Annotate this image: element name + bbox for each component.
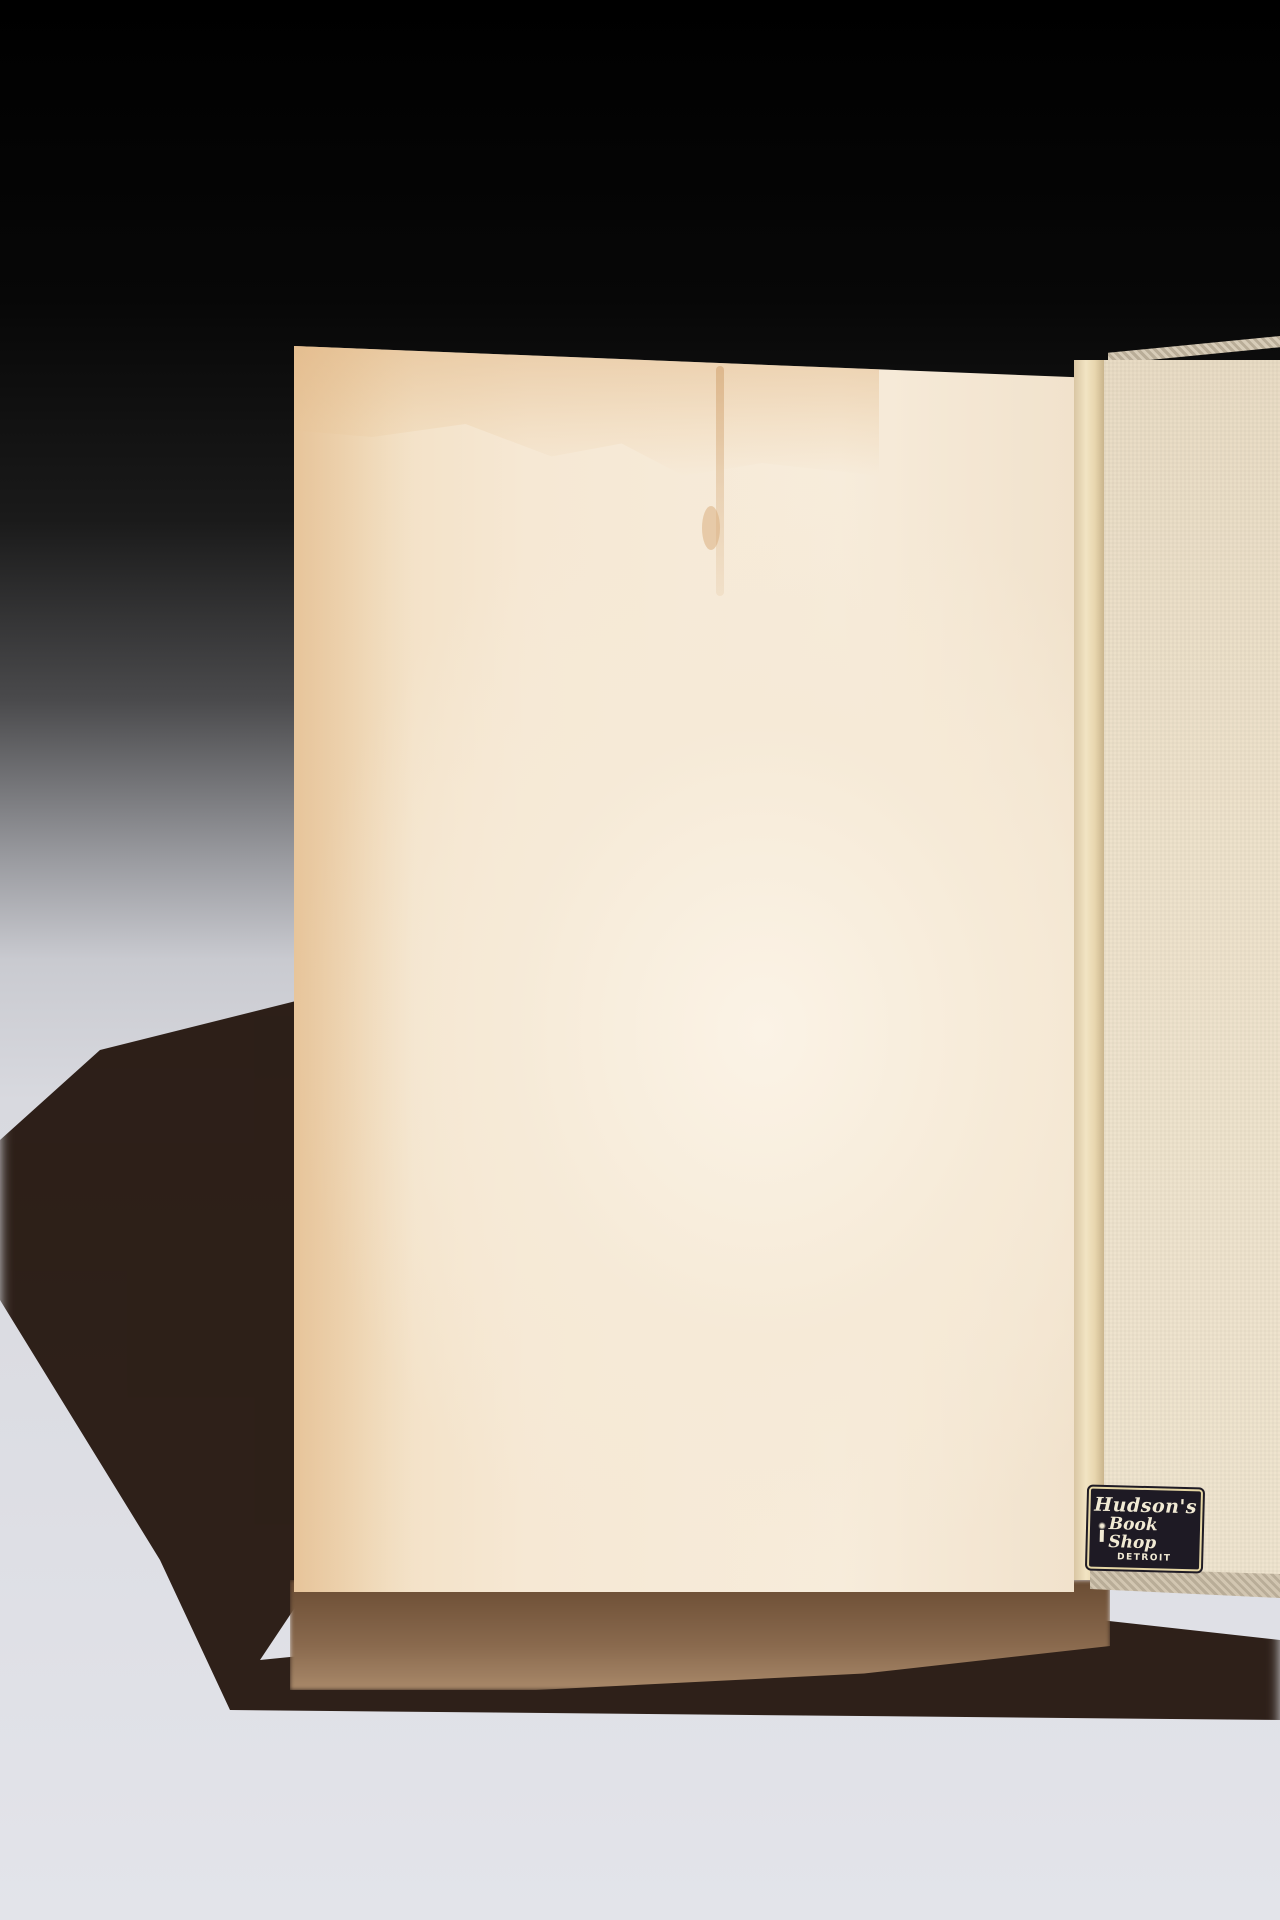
book-gutter-hinge	[1074, 360, 1104, 1580]
label-row: Book Shop	[1095, 1514, 1200, 1553]
label-shop: Book Shop	[1108, 1515, 1200, 1553]
label-city: DETROIT	[1117, 1552, 1172, 1563]
front-pastedown-board	[1104, 360, 1280, 1580]
water-stain-blot	[702, 506, 720, 550]
water-stain-drip	[716, 366, 724, 596]
candle-icon	[1096, 1521, 1107, 1543]
free-endpaper-page	[294, 346, 1074, 1592]
water-stain-left-edge	[294, 346, 414, 1592]
bookseller-ticket: Hudson's Book Shop DETROIT	[1087, 1487, 1203, 1572]
